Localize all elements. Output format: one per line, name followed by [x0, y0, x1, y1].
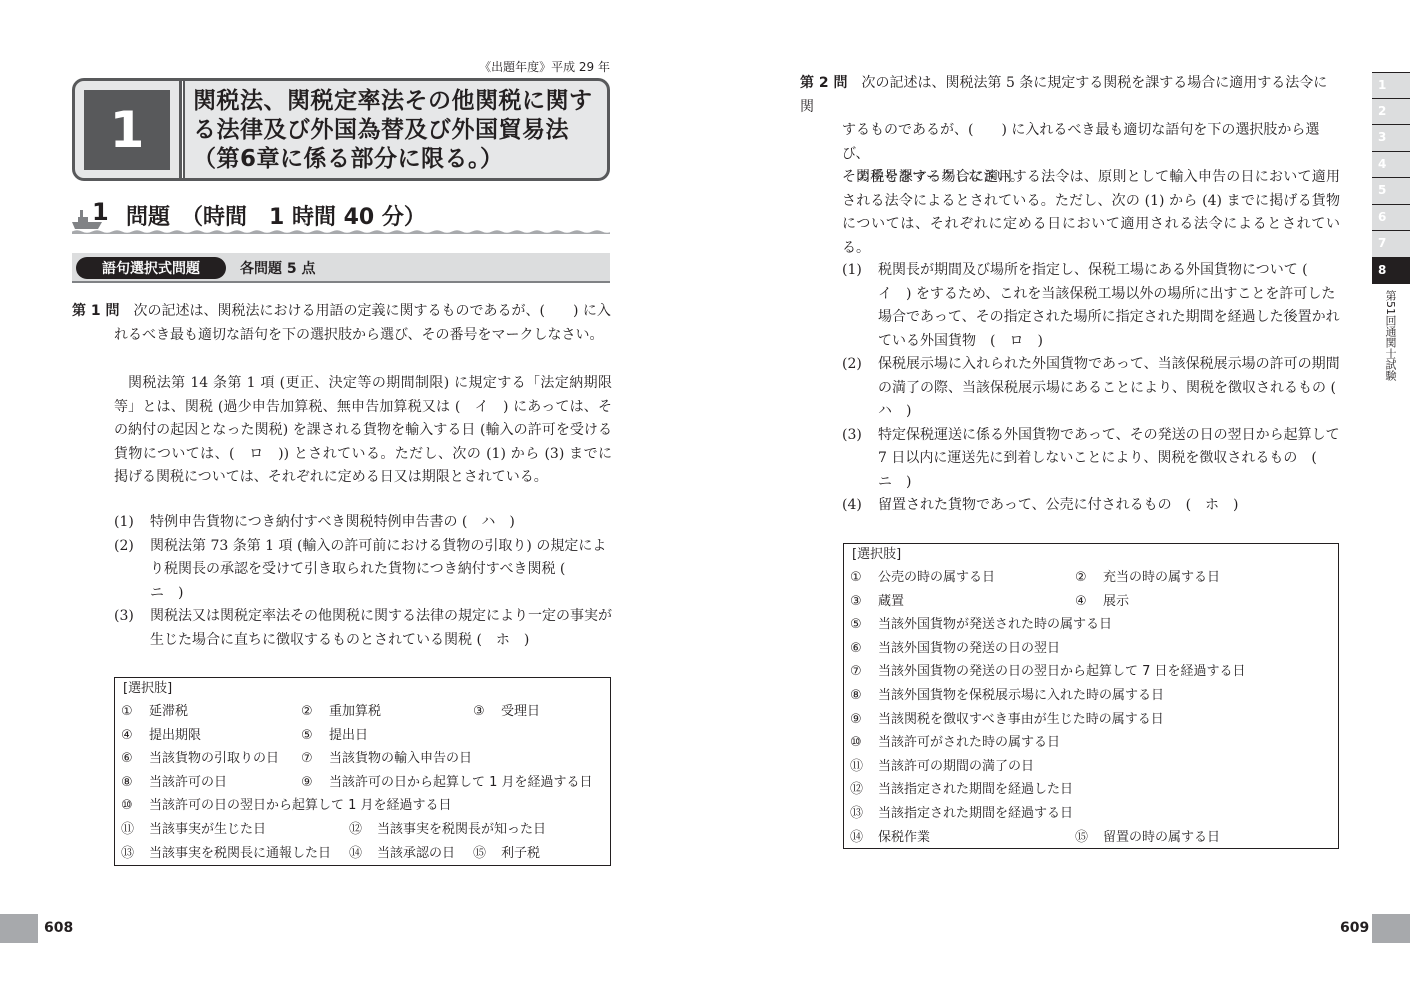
choice-row: ⑩当該許可がされた時の属する日 [844, 731, 1338, 755]
choice-option: ⑩当該許可がされた時の属する日 [850, 731, 1060, 755]
choice-option: ⑫当該指定された期間を経過した日 [850, 778, 1073, 802]
item-text: 特定保税運送に係る外国貨物であって、その発送の日の翌日から起算して 7 日以内に… [878, 427, 1340, 490]
wave-underline [72, 229, 610, 234]
choice-row: ⑭保税作業 ⑮留置の時の属する日 [844, 826, 1338, 850]
side-tab-1[interactable]: 1 [1372, 72, 1410, 99]
question2-paragraph: 関税を課する場合に適用する法令は、原則として輸入申告の日において適用される法令に… [842, 166, 1340, 260]
item-number: (4) [842, 494, 862, 518]
item-text: 留置された貨物であって、公売に付されるもの ( ホ ) [878, 497, 1239, 513]
question1-paragraph: 関税法第 14 条第 1 項 (更正、決定等の期間制限) に規定する「法定納期限… [114, 372, 612, 490]
choice-option: ⑥当該外国貨物の発送の日の翌日 [850, 637, 1060, 661]
list-item: (1)税関長が期間及び場所を指定し、保税工場にある外国貨物について ( イ ) … [842, 259, 1340, 353]
choice-row: ⑫当該指定された期間を経過した日 [844, 778, 1338, 802]
choice-option: ⑥当該貨物の引取りの日 [121, 747, 301, 771]
choice-row: ⑩当該許可の日の翌日から起算して 1 月を経過する日 [115, 794, 610, 818]
choices-title: [選択肢] [844, 544, 1338, 566]
choice-option: ⑧当該外国貨物を保税展示場に入れた時の属する日 [850, 684, 1164, 708]
item-number: (3) [114, 605, 134, 629]
choice-row: ①延滞税 ②重加算税 ③受理日 [115, 700, 610, 724]
choice-row: ⑥当該外国貨物の発送の日の翌日 [844, 637, 1338, 661]
choice-option: ⑮留置の時の属する日 [1075, 826, 1220, 850]
choice-row: ⑬当該指定された期間を経過する日 [844, 802, 1338, 826]
choice-option: ⑪当該事実が生じた日 [121, 818, 349, 842]
choice-option: ⑫当該事実を税関長が知った日 [349, 818, 546, 842]
chapter-title: 関税法、関税定率法その他関税に関する法律及び外国為替及び外国貿易法（第6章に係る… [193, 87, 603, 174]
choice-option: ⑨当該関税を徴収すべき事由が生じた時の属する日 [850, 708, 1164, 732]
choice-row: ⑪当該事実が生じた日 ⑫当該事実を税関長が知った日 [115, 818, 610, 842]
choice-option: ⑦当該貨物の輸入申告の日 [301, 747, 472, 771]
choice-option: ②充当の時の属する日 [1075, 566, 1220, 590]
choice-option: ③蔵置 [850, 590, 1075, 614]
chapter-side-tabs: 1 2 3 4 5 6 7 8 [1372, 72, 1410, 284]
chapter-divider [179, 81, 185, 178]
choice-option: ⑩当該許可の日の翌日から起算して 1 月を経過する日 [121, 794, 452, 818]
question1-choices-box: [選択肢] ①延滞税 ②重加算税 ③受理日 ④提出期限 ⑤提出日 ⑥当該貨物の引… [114, 677, 611, 866]
chapter-number: 1 [84, 90, 170, 170]
choice-option: ⑬当該指定された期間を経過する日 [850, 802, 1073, 826]
item-number: (1) [842, 259, 862, 283]
page-number-left: 608 [44, 920, 73, 936]
choice-option: ⑬当該事実を税関長に通報した日 [121, 842, 349, 866]
item-number: (2) [842, 353, 862, 377]
list-item: (4)留置された貨物であって、公売に付されるもの ( ホ ) [842, 494, 1340, 518]
choice-row: ⑪当該許可の期間の満了の日 [844, 755, 1338, 779]
choice-option: ①公売の時の属する日 [850, 566, 1075, 590]
choice-option: ⑨当該許可の日から起算して 1 月を経過する日 [301, 771, 593, 795]
side-tab-5[interactable]: 5 [1372, 178, 1410, 205]
item-text: 税関長が期間及び場所を指定し、保税工場にある外国貨物について ( イ ) をする… [878, 262, 1340, 349]
section-title: 問題 （時間 1 時間 40 分） [126, 200, 426, 231]
chapter-header: 1 関税法、関税定率法その他関税に関する法律及び外国為替及び外国貿易法（第6章に… [72, 78, 610, 181]
choice-option: ⑧当該許可の日 [121, 771, 301, 795]
question2-items: (1)税関長が期間及び場所を指定し、保税工場にある外国貨物について ( イ ) … [842, 259, 1340, 518]
question1-intro-line1: 次の記述は、関税法における用語の定義に関するものであるが、( ) に入 [134, 303, 611, 319]
choice-option: ⑭当該承認の日 [349, 842, 473, 866]
item-text: 関税法第 73 条第 1 項 (輸入の許可前における貨物の引取り) の規定により… [150, 538, 606, 601]
choice-option: ④展示 [1075, 590, 1129, 614]
choice-option: ⑤提出日 [301, 724, 368, 748]
choice-row: ①公売の時の属する日 ②充当の時の属する日 [844, 566, 1338, 590]
choice-row: ⑥当該貨物の引取りの日 ⑦当該貨物の輸入申告の日 [115, 747, 610, 771]
choice-option: ⑤当該外国貨物が発送された時の属する日 [850, 613, 1112, 637]
side-tab-7[interactable]: 7 [1372, 231, 1410, 258]
question2-intro-line2: するものであるが、( ) に入れるべき最も適切な語句を下の選択肢から選び、 [800, 119, 1340, 166]
item-number: (2) [114, 535, 134, 559]
choice-option: ⑭保税作業 [850, 826, 1075, 850]
exam-year-label: 《出題年度》平成 29 年 [430, 58, 610, 75]
question1-intro: 第 1 問 次の記述は、関税法における用語の定義に関するものであるが、( ) に… [72, 300, 612, 347]
list-item: (3)特定保税運送に係る外国貨物であって、その発送の日の翌日から起算して 7 日… [842, 424, 1340, 495]
choice-row: ⑬当該事実を税関長に通報した日 ⑭当該承認の日 ⑮利子税 [115, 842, 610, 866]
item-number: (1) [114, 511, 134, 535]
choice-option: ⑮利子税 [473, 842, 540, 866]
side-tab-6[interactable]: 6 [1372, 205, 1410, 232]
question2-label: 第 2 問 [800, 75, 848, 91]
question-type-bar: 語句選択式問題 各問題 5 点 [72, 253, 610, 283]
page-tab-left [0, 914, 38, 943]
choice-row: ④提出期限 ⑤提出日 [115, 724, 610, 748]
question1-intro-line2: れるべき最も適切な語句を下の選択肢から選び、その番号をマークしなさい。 [72, 324, 612, 348]
side-tab-4[interactable]: 4 [1372, 152, 1410, 179]
choice-row: ⑧当該許可の日 ⑨当該許可の日から起算して 1 月を経過する日 [115, 771, 610, 795]
section-number: 1 [92, 198, 109, 226]
list-item: (2)関税法第 73 条第 1 項 (輸入の許可前における貨物の引取り) の規定… [114, 535, 612, 606]
page-tab-right [1372, 914, 1410, 943]
item-text: 保税展示場に入れられた外国貨物であって、当該保税展示場の許可の期間の満了の際、当… [878, 356, 1350, 419]
question-type-label: 語句選択式問題 [76, 257, 226, 279]
list-item: (2)保税展示場に入れられた外国貨物であって、当該保税展示場の許可の期間の満了の… [842, 353, 1340, 424]
page-number-right: 609 [1340, 920, 1369, 936]
choice-row: ⑧当該外国貨物を保税展示場に入れた時の属する日 [844, 684, 1338, 708]
choice-row: ⑨当該関税を徴収すべき事由が生じた時の属する日 [844, 708, 1338, 732]
choice-option: ⑪当該許可の期間の満了の日 [850, 755, 1034, 779]
exam-caption-vertical: 第51回通関士試験 [1380, 290, 1396, 381]
section-heading: 1 問題 （時間 1 時間 40 分） [72, 198, 610, 236]
choice-option: ①延滞税 [121, 700, 301, 724]
question2-intro-line1: 次の記述は、関税法第 5 条に規定する関税を課する場合に適用する法令に関 [800, 75, 1327, 115]
choice-row: ③蔵置 ④展示 [844, 590, 1338, 614]
choices-title: [選択肢] [115, 678, 610, 700]
side-tab-8-active[interactable]: 8 [1372, 258, 1410, 285]
question2-choices-box: [選択肢] ①公売の時の属する日 ②充当の時の属する日 ③蔵置 ④展示 ⑤当該外… [843, 543, 1339, 849]
list-item: (1)特例申告貨物につき納付すべき関税特例申告書の ( ハ ) [114, 511, 612, 535]
side-tab-3[interactable]: 3 [1372, 125, 1410, 152]
question1-items: (1)特例申告貨物につき納付すべき関税特例申告書の ( ハ ) (2)関税法第 … [114, 511, 612, 652]
item-number: (3) [842, 424, 862, 448]
choice-option: ②重加算税 [301, 700, 473, 724]
question1-label: 第 1 問 [72, 303, 120, 319]
choice-option: ⑦当該外国貨物の発送の日の翌日から起算して 7 日を経過する日 [850, 660, 1246, 684]
choice-option: ④提出期限 [121, 724, 301, 748]
list-item: (3)関税法又は関税定率法その他関税に関する法律の規定により一定の事実が生じた場… [114, 605, 612, 652]
points-label: 各問題 5 点 [240, 258, 316, 278]
choice-option: ③受理日 [473, 700, 540, 724]
side-tab-2[interactable]: 2 [1372, 99, 1410, 126]
choice-row: ⑦当該外国貨物の発送の日の翌日から起算して 7 日を経過する日 [844, 660, 1338, 684]
item-text: 特例申告貨物につき納付すべき関税特例申告書の ( ハ ) [150, 514, 515, 530]
choice-row: ⑤当該外国貨物が発送された時の属する日 [844, 613, 1338, 637]
item-text: 関税法又は関税定率法その他関税に関する法律の規定により一定の事実が生じた場合に直… [150, 608, 612, 648]
